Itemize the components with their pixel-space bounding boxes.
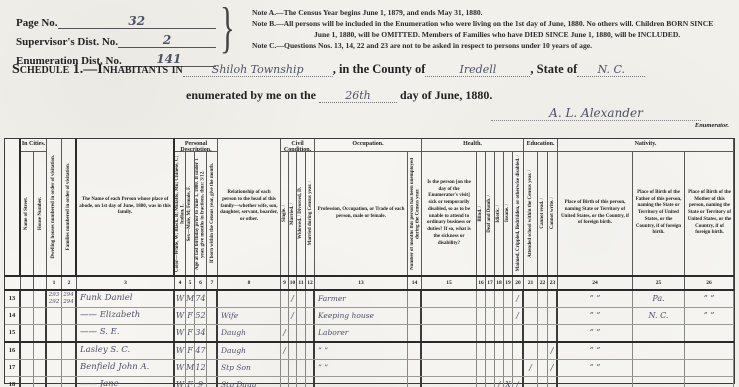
col-header-street: Name of Street. [21, 152, 34, 275]
cell-rel: Daugh [218, 343, 281, 359]
notes-block: Note A.—The Census Year begins June 1, 1… [252, 7, 736, 51]
column-number-read: 22 [538, 277, 548, 289]
table-row: 18—— JaneWF9Stp Daug/X/ [5, 377, 734, 387]
column-number-married: 10 [289, 277, 297, 289]
col-header-blind: Blind. / [477, 152, 486, 275]
enumerated-prefix: enumerated by me on the [186, 88, 316, 103]
cell-age: 47 [195, 343, 207, 359]
schedule-title-line: Schedule 1.—Inhabitants in Shiloh Townsh… [12, 62, 736, 78]
cell-street [21, 360, 34, 376]
column-number-deaf: 17 [486, 277, 495, 289]
col-header-widowed: Widowed. / Divorced, D. [297, 152, 306, 275]
cell-occ: Keeping house [315, 308, 408, 324]
cell-widowed [297, 291, 306, 307]
col-header-color: Color—White, W; Black, B; Mulatto, Mu; C… [175, 152, 186, 275]
enumerator-label: Enumerator. [695, 122, 729, 129]
group-occupation: Occupation. Profession, Occupation, or T… [315, 139, 422, 275]
cell-name: —— Elizabeth [77, 308, 175, 324]
column-number-widowed: 11 [297, 277, 306, 289]
enumerated-suffix: day of June, 1880. [400, 88, 492, 103]
cell-read [538, 343, 548, 359]
col-header-birth-month: If born within the Census year, give the… [207, 152, 218, 275]
cell-maryr [306, 343, 315, 359]
cell-deaf [486, 343, 495, 359]
table-row: 16Lasley S. C.WF47Daugh/” ”/” ” [5, 343, 734, 360]
supervisor-district-value: 2 [118, 33, 216, 48]
column-number-insane: 19 [504, 277, 513, 289]
column-number-bm: 26 [685, 277, 734, 289]
group-nativity: Nativity. Place of Birth of this person,… [558, 139, 734, 275]
group-personal-description: Personal Description. Color—White, W; Bl… [175, 139, 218, 275]
state-label: , State of [530, 62, 577, 77]
col-header-family-number: Families numbered in order of visitation… [62, 139, 77, 275]
cell-widowed [297, 343, 306, 359]
cell-name: —— S. E. [77, 325, 175, 341]
col-header-age: Age at last birthday prior to June 1, 18… [195, 152, 207, 275]
cell-deaf [486, 325, 495, 341]
cell-fam [62, 325, 77, 341]
cell-maimed: / [513, 308, 524, 324]
cell-hq [422, 343, 477, 359]
col-header-sex: Sex—Male, M; Female, F. [186, 152, 195, 275]
column-number-school: 21 [524, 277, 538, 289]
column-number-bs: 24 [558, 277, 633, 289]
column-number-hq: 15 [422, 277, 477, 289]
column-number-dwell: 1 [47, 277, 62, 289]
page-number-label: Page No. [16, 17, 58, 29]
cell-read [538, 291, 548, 307]
cell-insane [504, 291, 513, 307]
note-c: Note C.—Questions Nos. 13, 14, 22 and 23… [252, 40, 736, 51]
cell-months [408, 377, 422, 387]
group-title-civil: Civil Condition. [281, 139, 314, 152]
column-number-color: 4 [175, 277, 186, 289]
cell-school [524, 377, 538, 387]
cell-months [408, 308, 422, 324]
cell-read [538, 325, 548, 341]
cell-dwell [47, 343, 62, 359]
cell-street [21, 377, 34, 387]
cell-bf: Pa. [633, 291, 685, 307]
cell-fam [62, 360, 77, 376]
cell-blind [477, 291, 486, 307]
table-row: 14—— ElizabethWF52Wife/Keeping house/” ”… [5, 308, 734, 325]
column-number-strip: 1234567891011121314151617181920212223242… [5, 277, 734, 291]
census-schedule-page: Page No. 32 Supervisor's Dist. No. 2 Enu… [0, 0, 739, 387]
cell-street [21, 343, 34, 359]
cell-hq [422, 377, 477, 387]
cell-house [34, 308, 47, 324]
cell-write: / [548, 343, 558, 359]
cell-num: 16 [5, 343, 21, 359]
cell-bf [633, 360, 685, 376]
group-title-occupation: Occupation. [315, 139, 421, 152]
group-in-cities: In Cities. Name of Street. House Number. [21, 139, 47, 275]
cell-month [207, 343, 218, 359]
cell-blind [477, 377, 486, 387]
cell-maryr [306, 325, 315, 341]
cell-bs: ” ” [558, 343, 633, 359]
cell-dwell [47, 360, 62, 376]
cell-dwell [47, 325, 62, 341]
cell-dwell [47, 377, 62, 387]
column-number-bf: 25 [633, 277, 685, 289]
cell-color: W [175, 343, 186, 359]
col-header-insane: Insane. / [504, 152, 513, 275]
cell-rel: Daugh [218, 325, 281, 341]
cell-insane: X [504, 377, 513, 387]
cell-house [34, 360, 47, 376]
cell-deaf [486, 377, 495, 387]
county-value: Iredell [425, 63, 530, 77]
cell-bs: ” ” [558, 360, 633, 376]
cell-deaf [486, 291, 495, 307]
col-header-birthplace-self: Place of Birth of this person, naming St… [558, 152, 633, 275]
col-header-dwelling-number: Dwelling houses numbered in order of vis… [47, 139, 62, 275]
column-number-maimed: 20 [513, 277, 524, 289]
cell-deaf [486, 308, 495, 324]
page-number-value: 32 [58, 14, 216, 29]
cell-write: / [548, 360, 558, 376]
cell-age: 74 [195, 291, 207, 307]
col-header-single: Single. / [281, 152, 289, 275]
group-education: Education. Attended school within the Ce… [524, 139, 558, 275]
col-header-birthplace-mother: Place of Birth of the Mother of this per… [685, 152, 734, 275]
cell-read [538, 377, 548, 387]
cell-idio: / [495, 377, 504, 387]
cell-bf [633, 325, 685, 341]
cell-school [524, 291, 538, 307]
cell-single [281, 308, 289, 324]
cell-bf [633, 343, 685, 359]
cell-fam [62, 377, 77, 387]
cell-write [548, 377, 558, 387]
cell-maimed: / [513, 377, 524, 387]
cell-fam [62, 308, 77, 324]
cell-single [281, 291, 289, 307]
cell-single: / [281, 343, 289, 359]
cell-widowed [297, 308, 306, 324]
cell-bf: N. C. [633, 308, 685, 324]
cell-color: W [175, 325, 186, 341]
column-number-blind: 16 [477, 277, 486, 289]
cell-sex: M [186, 360, 195, 376]
cell-months [408, 325, 422, 341]
column-number-write: 23 [548, 277, 558, 289]
cell-single: / [281, 325, 289, 341]
cell-deaf [486, 360, 495, 376]
note-b-line2: June 1, 1880, will be OMITTED. Members o… [252, 29, 736, 40]
cell-school [524, 343, 538, 359]
cell-street [21, 325, 34, 341]
column-number-single: 9 [281, 277, 289, 289]
cell-color: W [175, 308, 186, 324]
column-number-num [5, 277, 21, 289]
col-header-maimed: Maimed, Crippled, Bedridden, or otherwis… [513, 152, 524, 275]
cell-idio [495, 325, 504, 341]
table-row: 13293 292294 294Funk DanielWM74/Farmer/”… [5, 291, 734, 308]
col-header-cannot-read: Cannot read. / [538, 152, 548, 275]
cell-age: 52 [195, 308, 207, 324]
cell-blind [477, 325, 486, 341]
cell-married [289, 377, 297, 387]
cell-widowed [297, 325, 306, 341]
cell-hq [422, 308, 477, 324]
cell-married [289, 325, 297, 341]
cell-sex: F [186, 308, 195, 324]
cell-name: Lasley S. C. [77, 343, 175, 359]
cell-color: W [175, 291, 186, 307]
census-table: In Cities. Name of Street. House Number.… [4, 138, 735, 384]
cell-school [524, 308, 538, 324]
column-number-name: 3 [77, 277, 175, 289]
district-info-block: Page No. 32 Supervisor's Dist. No. 2 Enu… [16, 10, 216, 67]
cell-maryr [306, 291, 315, 307]
cell-occ: ” ” [315, 343, 408, 359]
col-header-occupation: Profession, Occupation, or Trade of each… [315, 152, 408, 275]
cell-insane [504, 308, 513, 324]
cell-occ: Farmer [315, 291, 408, 307]
cell-maimed [513, 360, 524, 376]
cell-num: 17 [5, 360, 21, 376]
cell-blind [477, 308, 486, 324]
cell-month [207, 377, 218, 387]
col-header-idiotic: Idiotic. / [495, 152, 504, 275]
cell-maimed [513, 325, 524, 341]
col-header-house-number: House Number. [34, 152, 47, 275]
cell-single [281, 360, 289, 376]
col-header-name: The Name of each Person whose place of a… [77, 139, 175, 275]
cell-bm [685, 377, 734, 387]
cell-widowed [297, 360, 306, 376]
col-header-married: Married. / [289, 152, 297, 275]
group-title-personal: Personal Description. [175, 139, 217, 152]
enumerator-signature: A. L. Alexander [491, 106, 701, 121]
cell-blind [477, 343, 486, 359]
cell-house [34, 325, 47, 341]
cell-occ: Laborer [315, 325, 408, 341]
cell-fam [62, 343, 77, 359]
cell-age: 12 [195, 360, 207, 376]
cell-idio [495, 291, 504, 307]
column-number-month: 7 [207, 277, 218, 289]
cell-sex: F [186, 377, 195, 387]
column-number-fam: 2 [62, 277, 77, 289]
column-number-occ: 13 [315, 277, 408, 289]
state-value: N. C. [577, 63, 645, 77]
group-title-health: Health. [422, 139, 523, 152]
cell-bs: ” ” [558, 308, 633, 324]
cell-name: Benfield John A. [77, 360, 175, 376]
cell-insane [504, 360, 513, 376]
cell-widowed [297, 377, 306, 387]
col-header-sickness: Is the person [on the day of the Enumera… [422, 152, 477, 275]
cell-street [21, 291, 34, 307]
table-row: 17Benfield John A.WM12Stp Son” ”//” ” [5, 360, 734, 377]
schedule-title: Schedule 1.—Inhabitants in [12, 62, 183, 78]
cell-sex: F [186, 343, 195, 359]
cell-hq [422, 360, 477, 376]
cell-maryr [306, 377, 315, 387]
cell-age: 9 [195, 377, 207, 387]
cell-read [538, 360, 548, 376]
cell-bm [685, 360, 734, 376]
cell-bm [685, 325, 734, 341]
cell-married [289, 360, 297, 376]
cell-bm: ” ” [685, 308, 734, 324]
cell-dwell [47, 308, 62, 324]
table-row: 15—— S. E.WF34Daugh/Laborer” ” [5, 325, 734, 343]
cell-maryr [306, 308, 315, 324]
cell-rel [218, 291, 281, 307]
cell-bm [685, 343, 734, 359]
cell-months [408, 360, 422, 376]
group-title-nativity: Nativity. [558, 139, 733, 152]
cell-month [207, 291, 218, 307]
cell-hq [422, 291, 477, 307]
cell-insane [504, 325, 513, 341]
cell-num: 14 [5, 308, 21, 324]
cell-write [548, 308, 558, 324]
cell-name: —— Jane [77, 377, 175, 387]
cell-married: / [289, 291, 297, 307]
cell-school: / [524, 360, 538, 376]
cell-rel: Stp Daug [218, 377, 281, 387]
enumeration-day-value: 26th [319, 89, 397, 103]
cell-dwell: 293 292 [47, 291, 62, 307]
cell-sex: F [186, 325, 195, 341]
cell-bs [558, 377, 633, 387]
cell-married: / [289, 308, 297, 324]
cell-fam: 294 294 [62, 291, 77, 307]
group-health: Health. Is the person [on the day of the… [422, 139, 524, 275]
cell-maryr [306, 360, 315, 376]
group-civil-condition: Civil Condition. Single. / Married. / Wi… [281, 139, 315, 275]
cell-num: 18 [5, 377, 21, 387]
cell-idio [495, 308, 504, 324]
supervisor-district-row: Supervisor's Dist. No. 2 [16, 29, 216, 48]
table-body: 13293 292294 294Funk DanielWM74/Farmer/”… [5, 291, 734, 387]
cell-hq [422, 325, 477, 341]
cell-occ: ” ” [315, 360, 408, 376]
county-label: , in the County of [333, 62, 426, 77]
col-header-birthplace-father: Place of Birth of the Father of this per… [633, 152, 685, 275]
table-header: In Cities. Name of Street. House Number.… [5, 139, 734, 277]
cell-month [207, 360, 218, 376]
cell-blind [477, 360, 486, 376]
cell-read [538, 308, 548, 324]
cell-maimed [513, 343, 524, 359]
cell-rel: Stp Son [218, 360, 281, 376]
cell-month [207, 308, 218, 324]
cell-sex: M [186, 291, 195, 307]
cell-write [548, 325, 558, 341]
cell-school [524, 325, 538, 341]
column-number-months: 14 [408, 277, 422, 289]
cell-rel: Wife [218, 308, 281, 324]
enumerated-line: enumerated by me on the 26th day of June… [186, 88, 492, 103]
cell-name: Funk Daniel [77, 291, 175, 307]
cell-color: W [175, 377, 186, 387]
cell-color: W [175, 360, 186, 376]
cell-bm: ” ” [685, 291, 734, 307]
column-number-house [34, 277, 47, 289]
cell-occ [315, 377, 408, 387]
column-number-idio: 18 [495, 277, 504, 289]
cell-bs: ” ” [558, 325, 633, 341]
cell-bs: ” ” [558, 291, 633, 307]
column-number-age: 6 [195, 277, 207, 289]
cell-months [408, 291, 422, 307]
col-header-relationship: Relationship of each person to the head … [218, 139, 281, 275]
cell-maimed: / [513, 291, 524, 307]
brace-glyph: } [220, 0, 235, 56]
cell-idio [495, 360, 504, 376]
note-a: Note A.—The Census Year begins June 1, 1… [252, 7, 736, 18]
cell-house [34, 377, 47, 387]
supervisor-district-label: Supervisor's Dist. No. [16, 36, 118, 48]
col-header-married-census-year: Married during Census year. / [306, 152, 315, 275]
cell-month [207, 325, 218, 341]
group-title-in-cities: In Cities. [21, 139, 46, 152]
cell-street [21, 308, 34, 324]
note-b-line1: Note B.—All persons will be included in … [252, 18, 736, 29]
cell-single [281, 377, 289, 387]
cell-num: 13 [5, 291, 21, 307]
cell-insane [504, 343, 513, 359]
township-value: Shiloh Township [183, 63, 333, 77]
cell-months [408, 343, 422, 359]
cell-idio [495, 343, 504, 359]
col-header-deaf-and-dumb: Deaf and Dumb. / [486, 152, 495, 275]
cell-num: 15 [5, 325, 21, 341]
page-number-row: Page No. 32 [16, 10, 216, 29]
cell-married [289, 343, 297, 359]
cell-house [34, 343, 47, 359]
cell-age: 34 [195, 325, 207, 341]
col-header-cannot-write: Cannot write. / [548, 152, 558, 275]
cell-bf [633, 377, 685, 387]
column-number-sex: 5 [186, 277, 195, 289]
column-number-maryr: 12 [306, 277, 315, 289]
group-title-education: Education. [524, 139, 557, 152]
col-header-row-number [5, 139, 21, 275]
col-header-attended-school: Attended school within the Census year. … [524, 152, 538, 275]
col-header-months-unemployed: Number of months this person has been un… [408, 152, 422, 275]
cell-house [34, 291, 47, 307]
column-number-rel: 8 [218, 277, 281, 289]
cell-write [548, 291, 558, 307]
column-number-street [21, 277, 34, 289]
